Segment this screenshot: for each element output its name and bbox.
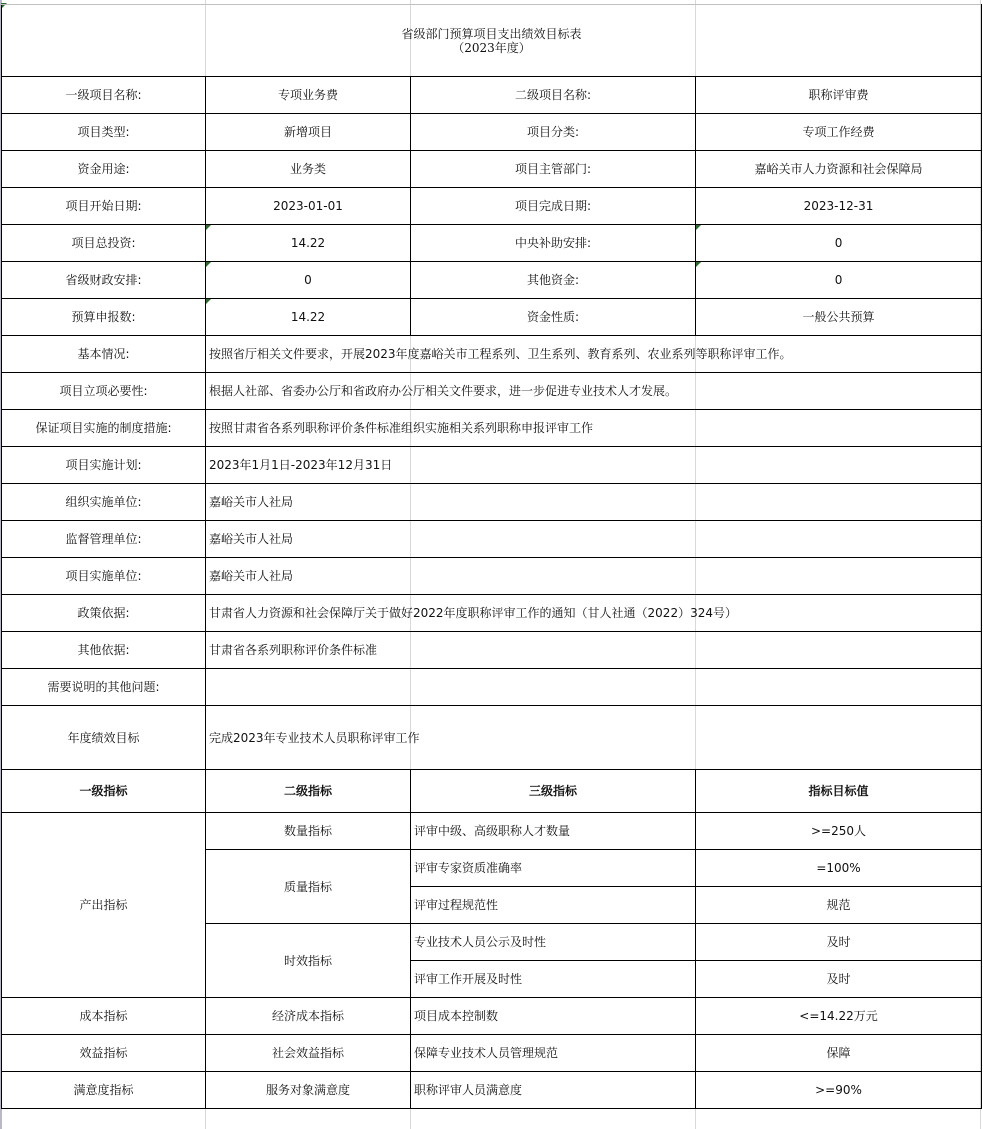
- column-header[interactable]: 一级指标: [2, 770, 206, 813]
- info-row: 项目开始日期: 2023-01-01 项目完成日期: 2023-12-31: [2, 188, 982, 225]
- value-cell[interactable]: 专项业务费: [206, 77, 411, 114]
- metric-row: 产出指标 数量指标 评审中级、高级职称人才数量 >=250人: [2, 813, 982, 850]
- target-cell[interactable]: 及时: [696, 924, 982, 961]
- label-cell[interactable]: 项目实施计划:: [2, 447, 206, 484]
- value-cell[interactable]: 14.22: [206, 299, 411, 336]
- level3-cell[interactable]: 专业技术人员公示及时性: [411, 924, 696, 961]
- column-header[interactable]: 二级指标: [206, 770, 411, 813]
- info-row: 省级财政安排: 0 其他资金: 0: [2, 262, 982, 299]
- detail-row: 其他依据: 甘肃省各系列职称评价条件标准: [2, 632, 982, 669]
- performance-target-table: 省级部门预算项目支出绩效目标表 （2023年度） 一级项目名称: 专项业务费 二…: [1, 4, 982, 1109]
- info-row: 项目类型: 新增项目 项目分类: 专项工作经费: [2, 114, 982, 151]
- value-cell[interactable]: 0: [696, 262, 982, 299]
- level1-cell[interactable]: 成本指标: [2, 998, 206, 1035]
- value-cell[interactable]: 职称评审费: [696, 77, 982, 114]
- value-cell[interactable]: 甘肃省各系列职称评价条件标准: [206, 632, 982, 669]
- level2-cell[interactable]: 时效指标: [206, 924, 411, 998]
- info-row: 一级项目名称: 专项业务费 二级项目名称: 职称评审费: [2, 77, 982, 114]
- metric-row: 满意度指标 服务对象满意度 职称评审人员满意度 >=90%: [2, 1072, 982, 1109]
- metrics-header-row: 一级指标 二级指标 三级指标 指标目标值: [2, 770, 982, 813]
- target-cell[interactable]: 及时: [696, 961, 982, 998]
- level1-cell[interactable]: 产出指标: [2, 813, 206, 998]
- info-row: 资金用途: 业务类 项目主管部门: 嘉峪关市人力资源和社会保障局: [2, 151, 982, 188]
- column-header[interactable]: 三级指标: [411, 770, 696, 813]
- value-cell[interactable]: 一般公共预算: [696, 299, 982, 336]
- label-cell[interactable]: 组织实施单位:: [2, 484, 206, 521]
- level3-cell[interactable]: 保障专业技术人员管理规范: [411, 1035, 696, 1072]
- label-cell[interactable]: 政策依据:: [2, 595, 206, 632]
- value-cell[interactable]: 新增项目: [206, 114, 411, 151]
- value-cell[interactable]: 2023年1月1日-2023年12月31日: [206, 447, 982, 484]
- label-cell[interactable]: 其他依据:: [2, 632, 206, 669]
- label-cell[interactable]: 中央补助安排:: [411, 225, 696, 262]
- label-cell[interactable]: 预算申报数:: [2, 299, 206, 336]
- target-cell[interactable]: 保障: [696, 1035, 982, 1072]
- label-cell[interactable]: 资金性质:: [411, 299, 696, 336]
- label-cell[interactable]: 需要说明的其他问题:: [2, 669, 206, 706]
- level2-cell[interactable]: 服务对象满意度: [206, 1072, 411, 1109]
- detail-row: 基本情况: 按照省厅相关文件要求，开展2023年度嘉峪关市工程系列、卫生系列、教…: [2, 336, 982, 373]
- level3-cell[interactable]: 评审中级、高级职称人才数量: [411, 813, 696, 850]
- level3-cell[interactable]: 评审工作开展及时性: [411, 961, 696, 998]
- level2-cell[interactable]: 质量指标: [206, 850, 411, 924]
- value-cell[interactable]: 甘肃省人力资源和社会保障厅关于做好2022年度职称评审工作的通知（甘人社通（20…: [206, 595, 982, 632]
- value-cell[interactable]: 业务类: [206, 151, 411, 188]
- value-cell[interactable]: 根据人社部、省委办公厅和省政府办公厅相关文件要求，进一步促进专业技术人才发展。: [206, 373, 982, 410]
- metric-row: 效益指标 社会效益指标 保障专业技术人员管理规范 保障: [2, 1035, 982, 1072]
- level3-cell[interactable]: 评审过程规范性: [411, 887, 696, 924]
- annual-goal-row: 年度绩效目标 完成2023年专业技术人员职称评审工作: [2, 706, 982, 770]
- target-cell[interactable]: >=250人: [696, 813, 982, 850]
- detail-row: 政策依据: 甘肃省人力资源和社会保障厅关于做好2022年度职称评审工作的通知（甘…: [2, 595, 982, 632]
- detail-row: 项目实施单位: 嘉峪关市人社局: [2, 558, 982, 595]
- level3-cell[interactable]: 职称评审人员满意度: [411, 1072, 696, 1109]
- value-cell[interactable]: 嘉峪关市人社局: [206, 484, 982, 521]
- column-header[interactable]: 指标目标值: [696, 770, 982, 813]
- target-cell[interactable]: >=90%: [696, 1072, 982, 1109]
- detail-row: 监督管理单位: 嘉峪关市人社局: [2, 521, 982, 558]
- detail-row: 保证项目实施的制度措施: 按照甘肃省各系列职称评价条件标准组织实施相关系列职称申…: [2, 410, 982, 447]
- value-cell[interactable]: [206, 669, 982, 706]
- detail-row: 项目立项必要性: 根据人社部、省委办公厅和省政府办公厅相关文件要求，进一步促进专…: [2, 373, 982, 410]
- label-cell[interactable]: 其他资金:: [411, 262, 696, 299]
- value-cell[interactable]: 嘉峪关市人社局: [206, 521, 982, 558]
- value-cell[interactable]: 0: [696, 225, 982, 262]
- label-cell[interactable]: 项目完成日期:: [411, 188, 696, 225]
- level1-cell[interactable]: 效益指标: [2, 1035, 206, 1072]
- level2-cell[interactable]: 社会效益指标: [206, 1035, 411, 1072]
- detail-row: 需要说明的其他问题:: [2, 669, 982, 706]
- value-cell[interactable]: 完成2023年专业技术人员职称评审工作: [206, 706, 982, 770]
- target-cell[interactable]: <=14.22万元: [696, 998, 982, 1035]
- target-cell[interactable]: =100%: [696, 850, 982, 887]
- label-cell[interactable]: 项目立项必要性:: [2, 373, 206, 410]
- detail-row: 组织实施单位: 嘉峪关市人社局: [2, 484, 982, 521]
- label-cell[interactable]: 一级项目名称:: [2, 77, 206, 114]
- page-title[interactable]: 省级部门预算项目支出绩效目标表 （2023年度）: [2, 5, 982, 77]
- value-cell[interactable]: 14.22: [206, 225, 411, 262]
- level2-cell[interactable]: 数量指标: [206, 813, 411, 850]
- title-line1: 省级部门预算项目支出绩效目标表: [5, 27, 978, 41]
- label-cell[interactable]: 项目主管部门:: [411, 151, 696, 188]
- value-cell[interactable]: 嘉峪关市人社局: [206, 558, 982, 595]
- label-cell[interactable]: 省级财政安排:: [2, 262, 206, 299]
- target-cell[interactable]: 规范: [696, 887, 982, 924]
- level1-cell[interactable]: 满意度指标: [2, 1072, 206, 1109]
- value-cell[interactable]: 2023-01-01: [206, 188, 411, 225]
- label-cell[interactable]: 项目开始日期:: [2, 188, 206, 225]
- title-line2: （2023年度）: [5, 41, 978, 55]
- label-cell[interactable]: 二级项目名称:: [411, 77, 696, 114]
- label-cell[interactable]: 年度绩效目标: [2, 706, 206, 770]
- label-cell[interactable]: 保证项目实施的制度措施:: [2, 410, 206, 447]
- label-cell[interactable]: 项目类型:: [2, 114, 206, 151]
- label-cell[interactable]: 监督管理单位:: [2, 521, 206, 558]
- label-cell[interactable]: 项目实施单位:: [2, 558, 206, 595]
- value-cell[interactable]: 按照甘肃省各系列职称评价条件标准组织实施相关系列职称申报评审工作: [206, 410, 982, 447]
- value-cell[interactable]: 嘉峪关市人力资源和社会保障局: [696, 151, 982, 188]
- value-cell[interactable]: 专项工作经费: [696, 114, 982, 151]
- value-cell[interactable]: 0: [206, 262, 411, 299]
- detail-row: 项目实施计划: 2023年1月1日-2023年12月31日: [2, 447, 982, 484]
- value-cell[interactable]: 按照省厅相关文件要求，开展2023年度嘉峪关市工程系列、卫生系列、教育系列、农业…: [206, 336, 982, 373]
- level2-cell[interactable]: 经济成本指标: [206, 998, 411, 1035]
- level3-cell[interactable]: 项目成本控制数: [411, 998, 696, 1035]
- value-cell[interactable]: 2023-12-31: [696, 188, 982, 225]
- info-row: 项目总投资: 14.22 中央补助安排: 0: [2, 225, 982, 262]
- label-cell[interactable]: 资金用途:: [2, 151, 206, 188]
- label-cell[interactable]: 基本情况:: [2, 336, 206, 373]
- metric-row: 成本指标 经济成本指标 项目成本控制数 <=14.22万元: [2, 998, 982, 1035]
- info-row: 预算申报数: 14.22 资金性质: 一般公共预算: [2, 299, 982, 336]
- level3-cell[interactable]: 评审专家资质准确率: [411, 850, 696, 887]
- label-cell[interactable]: 项目总投资:: [2, 225, 206, 262]
- label-cell[interactable]: 项目分类:: [411, 114, 696, 151]
